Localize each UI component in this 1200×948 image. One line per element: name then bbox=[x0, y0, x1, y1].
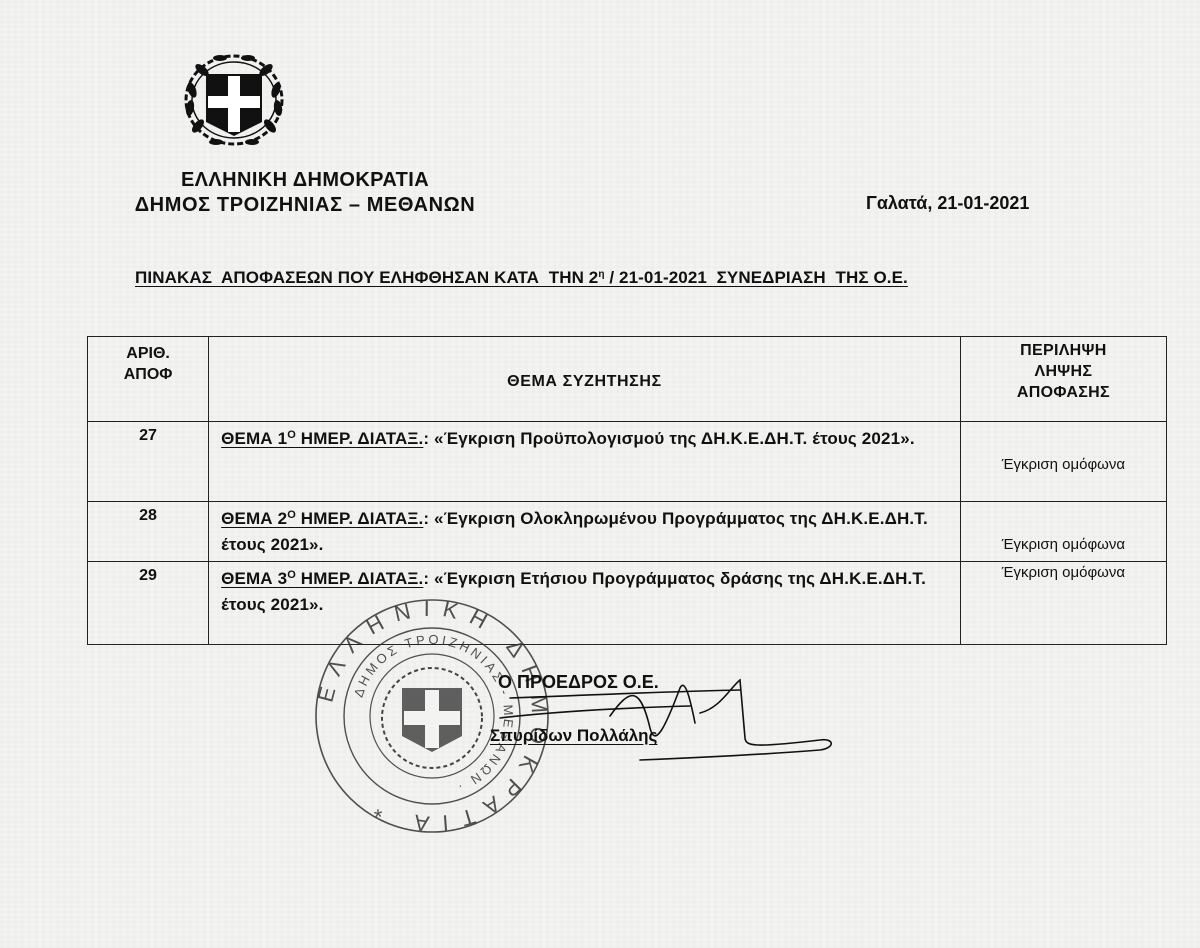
decision-result: Έγκριση ομόφωνα bbox=[960, 422, 1166, 502]
decision-result: Έγκριση ομόφωνα bbox=[960, 502, 1166, 562]
agenda-item-label: ΘΕΜΑ 2Ο ΗΜΕΡ. ΔΙΑΤΑΞ. bbox=[221, 509, 423, 528]
agenda-item-label: ΘΕΜΑ 1Ο ΗΜΕΡ. ΔΙΑΤΑΞ. bbox=[221, 429, 423, 448]
issuer-header: ΕΛΛΗΝΙΚΗ ΔΗΜΟΚΡΑΤΙΑ ΔΗΜΟΣ ΤΡΟΙΖΗΝΙΑΣ – Μ… bbox=[100, 168, 510, 218]
signer-name: Σπυρίδων Πολλάλης bbox=[490, 726, 657, 746]
decision-topic: ΘΕΜΑ 2Ο ΗΜΕΡ. ΔΙΑΤΑΞ.: «Έγκριση Ολοκληρω… bbox=[209, 502, 961, 562]
header-topic: ΘΕΜΑ ΣΥΖΗΤΗΣΗΣ bbox=[209, 337, 961, 422]
title-prefix: ΠΙΝΑΚΑΣ ΑΠΟΦΑΣΕΩΝ ΠΟΥ ΕΛΗΦΘΗΣΑΝ ΚΑΤΑ ΤΗΝ… bbox=[135, 268, 598, 287]
header-decision-number: ΑΡΙΘ. ΑΠΟΦ bbox=[88, 337, 209, 422]
table-row: 28 ΘΕΜΑ 2Ο ΗΜΕΡ. ΔΙΑΤΑΞ.: «Έγκριση Ολοκλ… bbox=[88, 502, 1167, 562]
agenda-item-label: ΘΕΜΑ 3Ο ΗΜΕΡ. ΔΙΑΤΑΞ. bbox=[221, 569, 423, 588]
decision-result: Έγκριση ομόφωνα bbox=[960, 562, 1166, 645]
decisions-table: ΑΡΙΘ. ΑΠΟΦ ΘΕΜΑ ΣΥΖΗΤΗΣΗΣ ΠΕΡΙΛΗΨΗ ΛΗΨΗΣ… bbox=[87, 336, 1167, 645]
document-title: ΠΙΝΑΚΑΣ ΑΠΟΦΑΣΕΩΝ ΠΟΥ ΕΛΗΦΘΗΣΑΝ ΚΑΤΑ ΤΗΝ… bbox=[135, 268, 1075, 288]
country-name: ΕΛΛΗΝΙΚΗ ΔΗΜΟΚΡΑΤΙΑ bbox=[100, 168, 510, 193]
header-result-line2: ΛΗΨΗΣ bbox=[961, 361, 1166, 382]
decision-number: 29 bbox=[88, 562, 209, 645]
title-suffix: / 21-01-2021 ΣΥΝΕΔΡΙΑΣΗ ΤΗΣ Ο.Ε. bbox=[605, 268, 908, 287]
table-row: 29 ΘΕΜΑ 3Ο ΗΜΕΡ. ΔΙΑΤΑΞ.: «Έγκριση Ετήσι… bbox=[88, 562, 1167, 645]
header-number-line2: ΑΠΟΦ bbox=[88, 364, 208, 385]
seal-emblem-icon bbox=[382, 668, 482, 768]
table-header-row: ΑΡΙΘ. ΑΠΟΦ ΘΕΜΑ ΣΥΖΗΤΗΣΗΣ ΠΕΡΙΛΗΨΗ ΛΗΨΗΣ… bbox=[88, 337, 1167, 422]
topic-text: : «Έγκριση Προϋπολογισμού της ΔΗ.Κ.Ε.ΔΗ.… bbox=[423, 429, 914, 448]
header-result-line3: ΑΠΟΦΑΣΗΣ bbox=[961, 382, 1166, 403]
municipality-name: ΔΗΜΟΣ ΤΡΟΙΖΗΝΙΑΣ – ΜΕΘΑΝΩΝ bbox=[100, 193, 510, 218]
signer-title: Ο ΠΡΟΕΔΡΟΣ Ο.Ε. bbox=[498, 672, 659, 693]
decision-topic: ΘΕΜΑ 1Ο ΗΜΕΡ. ΔΙΑΤΑΞ.: «Έγκριση Προϋπολο… bbox=[209, 422, 961, 502]
decision-number: 28 bbox=[88, 502, 209, 562]
greek-coat-of-arms-icon bbox=[180, 50, 288, 150]
place-date: Γαλατά, 21-01-2021 bbox=[866, 193, 1029, 214]
header-number-line1: ΑΡΙΘ. bbox=[88, 343, 208, 364]
table-row: 27 ΘΕΜΑ 1Ο ΗΜΕΡ. ΔΙΑΤΑΞ.: «Έγκριση Προϋπ… bbox=[88, 422, 1167, 502]
header-result-line1: ΠΕΡΙΛΗΨΗ bbox=[961, 340, 1166, 361]
decision-number: 27 bbox=[88, 422, 209, 502]
header-decision-summary: ΠΕΡΙΛΗΨΗ ΛΗΨΗΣ ΑΠΟΦΑΣΗΣ bbox=[960, 337, 1166, 422]
signature-block: Ο ΠΡΟΕΔΡΟΣ Ο.Ε. Σπυρίδων Πολλάλης bbox=[490, 668, 870, 768]
